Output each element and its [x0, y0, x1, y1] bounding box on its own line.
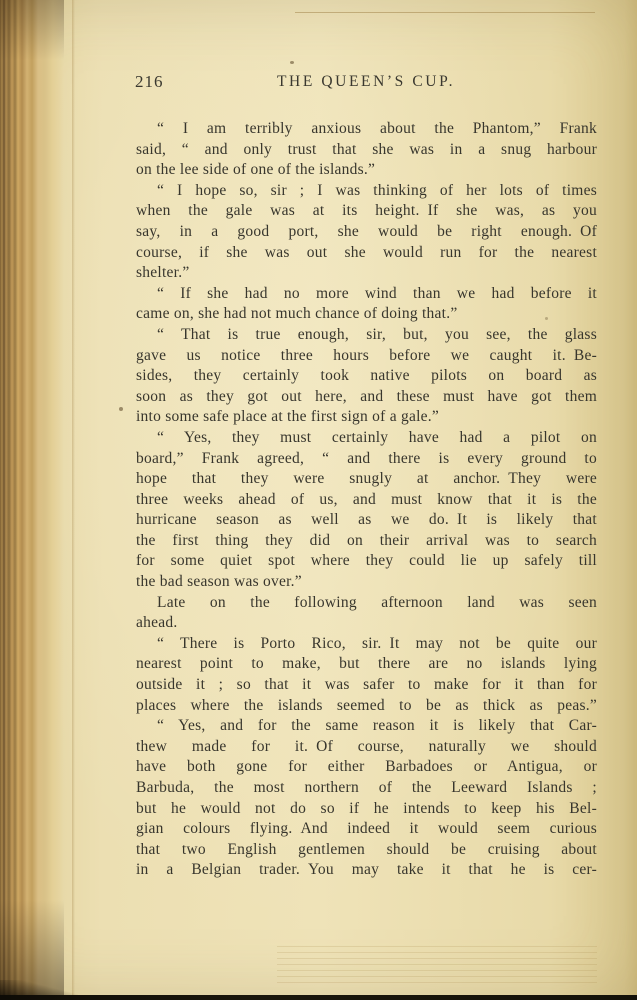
paper-speck — [290, 61, 294, 64]
scan-bottom-edge — [0, 995, 637, 1000]
text-line: in a Belgian trader. You may take it tha… — [136, 860, 597, 881]
text-line: thew made for it. Of course, naturally w… — [136, 737, 597, 758]
page-text: “ I am terribly anxious about the Phanto… — [136, 119, 597, 881]
text-line: hurricane season as well as we do. It is… — [136, 510, 597, 531]
text-line: “ Yes, and for the same reason it is lik… — [136, 716, 597, 737]
text-line: shelter.” — [136, 263, 597, 284]
text-line: hope that they were snugly at anchor. Th… — [136, 469, 597, 490]
text-line: soon as they got out here, and these mus… — [136, 387, 597, 408]
text-line: ahead. — [136, 613, 597, 634]
running-title: THE QUEEN’S CUP. — [135, 73, 597, 91]
fore-edge-texture-top — [295, 10, 595, 16]
text-line: sides, they certainly took native pilots… — [136, 366, 597, 387]
text-line: say, in a good port, she would be right … — [136, 222, 597, 243]
text-line: on the lee side of one of the islands.” — [136, 160, 597, 181]
running-head: 216 THE QUEEN’S CUP. — [135, 72, 597, 94]
text-line: Late on the following afternoon land was… — [136, 593, 597, 614]
text-line: into some safe place at the first sign o… — [136, 407, 597, 428]
text-line: “ I hope so, sir ; I was thinking of her… — [136, 181, 597, 202]
text-line: “ Yes, they must certainly have had a pi… — [136, 428, 597, 449]
text-line: said, “ and only trust that she was in a… — [136, 140, 597, 161]
text-line: “ I am terribly anxious about the Phanto… — [136, 119, 597, 140]
text-line: when the gale was at its height. If she … — [136, 201, 597, 222]
paper-speck — [119, 407, 123, 411]
text-line: came on, she had not much chance of doin… — [136, 304, 597, 325]
text-line: “ There is Porto Rico, sir. It may not b… — [136, 634, 597, 655]
text-line: three weeks ahead of us, and must know t… — [136, 490, 597, 511]
text-line: Barbuda, the most northern of the Leewar… — [136, 778, 597, 799]
text-line: places where the islands seemed to be as… — [136, 696, 597, 717]
text-line: outside it ; so that it was safer to mak… — [136, 675, 597, 696]
text-line: have both gone for either Barbadoes or A… — [136, 757, 597, 778]
text-line: “ If she had no more wind than we had be… — [136, 284, 597, 305]
fore-edge-texture-bottom — [277, 946, 597, 988]
text-line: gian colours flying. And indeed it would… — [136, 819, 597, 840]
text-line: for some quiet spot where they could lie… — [136, 551, 597, 572]
text-line: board,” Frank agreed, “ and there is eve… — [136, 449, 597, 470]
binding-edge — [0, 0, 64, 1000]
text-line: but he would not do so if he intends to … — [136, 799, 597, 820]
text-line: course, if she was out she would run for… — [136, 243, 597, 264]
text-line: gave us notice three hours before we cau… — [136, 346, 597, 367]
book-page-scan: 216 THE QUEEN’S CUP. “ I am terribly anx… — [0, 0, 637, 1000]
text-line: nearest point to make, but there are no … — [136, 654, 597, 675]
page-edge-shadow — [72, 0, 75, 1000]
text-line: the first thing they did on their arriva… — [136, 531, 597, 552]
text-line: that two English gentlemen should be cru… — [136, 840, 597, 861]
text-line: the bad season was over.” — [136, 572, 597, 593]
text-line: “ That is true enough, sir, but, you see… — [136, 325, 597, 346]
